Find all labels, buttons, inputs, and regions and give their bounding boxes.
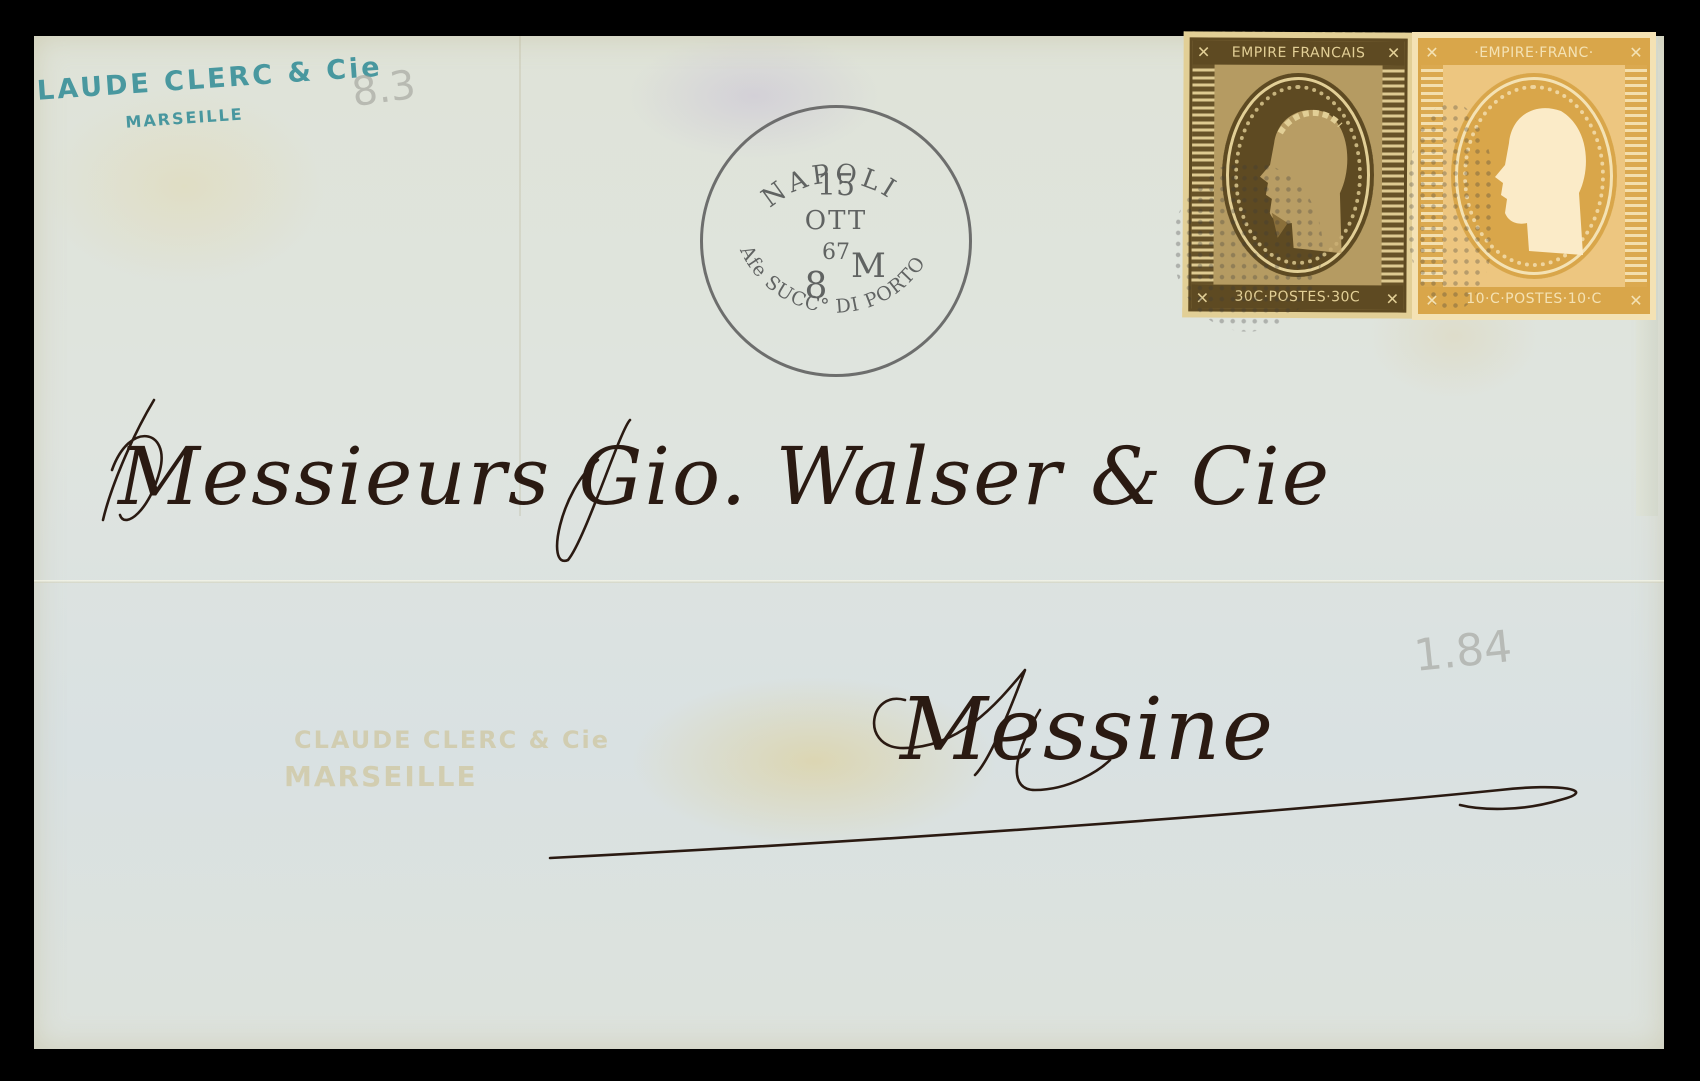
address-line-1: Messieurs Gio. Walser & Cie — [118, 430, 1331, 523]
handwritten-address-strokes — [0, 0, 1700, 1081]
address-line-2: Messine — [900, 680, 1275, 780]
